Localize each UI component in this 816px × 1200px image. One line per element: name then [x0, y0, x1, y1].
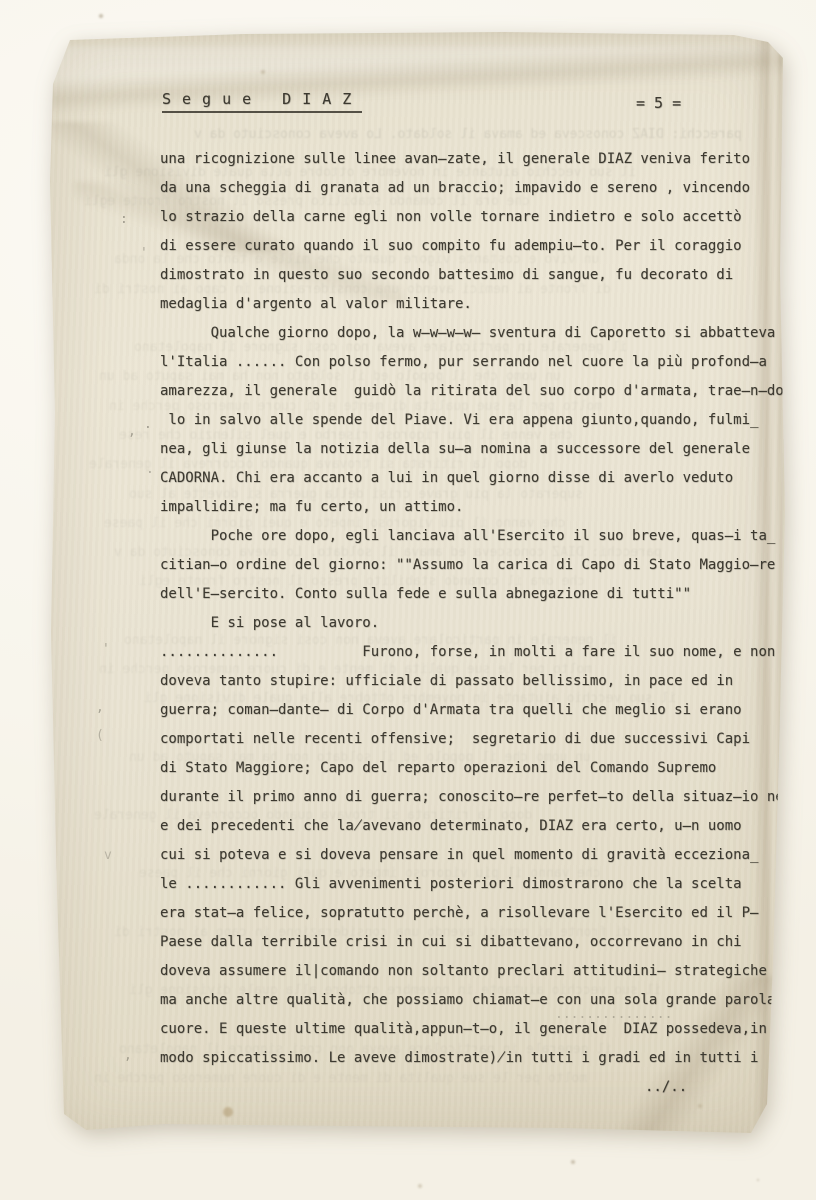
margin-mark: ( [96, 728, 104, 743]
typewritten-page: parecchi: DIAZ conosceva ed amava il sol… [44, 32, 786, 1140]
typed-line: medaglia d'argento al valor militare. [160, 290, 800, 319]
typed-line: CADORNA. Chi era accanto a lui in quel g… [160, 464, 800, 493]
running-header-title: Segue DIAZ [162, 90, 362, 113]
typed-line: le ............ Gli avvenimenti posterio… [160, 870, 800, 899]
bleedthrough-line: molto per le sue qualita di mente e di c… [94, 1072, 587, 1085]
typed-line: da una scheggia di granata ad un braccio… [160, 174, 800, 203]
margin-mark: ' [140, 246, 148, 261]
typed-line: lo in salvo alle spende del Piave. Vi er… [160, 406, 800, 435]
typed-line: e dei precedenti che la̸avevano determin… [160, 812, 800, 841]
typed-line: guerra; coman̶dante̶ di Corpo d'Armata t… [160, 696, 800, 725]
bleedthrough-line: parecchi: DIAZ conosceva ed amava il sol… [194, 128, 742, 141]
typed-line: cuore. E queste ultime qualità,appun̶t̶o… [160, 1015, 800, 1044]
typed-line: citian̶o ordine del giorno: ""Assumo la … [160, 551, 800, 580]
typed-line: doveva assumere il|comando non soltanto … [160, 957, 800, 986]
typed-line: l'Italia ...... Con polso fermo, pur ser… [160, 348, 800, 377]
margin-mark: . [144, 417, 152, 432]
paper-stain [223, 1107, 233, 1117]
margin-mark: ............... [555, 1007, 672, 1022]
typed-line: E si pose al lavoro. [160, 609, 800, 638]
typed-line: amarezza, il generale guidò la ritirata … [160, 377, 800, 406]
margin-mark: : [120, 212, 128, 227]
margin-mark: , [124, 1048, 132, 1063]
page-number: = 5 = [636, 94, 681, 112]
typed-line: Poche ore dopo, egli lanciava all'Eserci… [160, 522, 800, 551]
margin-mark: , [128, 424, 136, 439]
typed-line: ma anche altre qualità, che possiamo chi… [160, 986, 800, 1015]
continuation-mark: ../.. [645, 1079, 687, 1095]
paper-stain [261, 70, 265, 74]
typed-line: dell'E̶sercito. Conto sulla fede e sulla… [160, 580, 800, 609]
typed-line: doveva tanto stupire: ufficiale di passa… [160, 667, 800, 696]
typed-text: una ricognizione sulle linee avan̶zate, … [160, 145, 800, 1073]
typed-line: nea, gli giunse la notizia della su̶a no… [160, 435, 800, 464]
typed-line: .............. Furono, forse, in molti a… [160, 638, 800, 667]
typed-line: di Stato Maggiore; Capo del reparto oper… [160, 754, 800, 783]
paper-stain [757, 1179, 759, 1181]
paper-stain [698, 1104, 702, 1108]
typed-line: dimostrato in questo suo secondo battesi… [160, 261, 800, 290]
typed-line: comportati nelle recenti offensive; segr… [160, 725, 800, 754]
paper-stain [99, 14, 103, 18]
margin-mark: .. ... [260, 1118, 315, 1133]
scanned-document-photo: parecchi: DIAZ conosceva ed amava il sol… [0, 0, 816, 1200]
margin-mark: v [104, 848, 112, 863]
typed-line: impallidire; ma fu certo, un attimo. [160, 493, 800, 522]
typed-line: Paese dalla terribile crisi in cui si di… [160, 928, 800, 957]
margin-mark: . [146, 462, 154, 477]
margin-mark: , [96, 700, 104, 715]
typed-line: Qualche giorno dopo, la w̶w̶w̶w̶ sventur… [160, 319, 800, 348]
margin-mark: ' [102, 642, 110, 657]
margin-mark: . [792, 858, 800, 873]
typed-line: lo strazio della carne egli non volle to… [160, 203, 800, 232]
paper-stain [571, 1160, 575, 1164]
paper-stain [418, 1184, 422, 1188]
margin-mark: . [790, 528, 798, 543]
typed-line: durante il primo anno di guerra; conosci… [160, 783, 800, 812]
paper-sheet-wrap: parecchi: DIAZ conosceva ed amava il sol… [44, 32, 786, 1140]
typed-line: modo spiccatissimo. Le aveve dimostrate)… [160, 1044, 800, 1073]
typed-line: era stat̶a felice, sopratutto perchè, a … [160, 899, 800, 928]
typed-line: una ricognizione sulle linee avan̶zate, … [160, 145, 800, 174]
typed-line: di essere curato quando il suo compito f… [160, 232, 800, 261]
typed-line: cui si poteva e si doveva pensare in que… [160, 841, 800, 870]
